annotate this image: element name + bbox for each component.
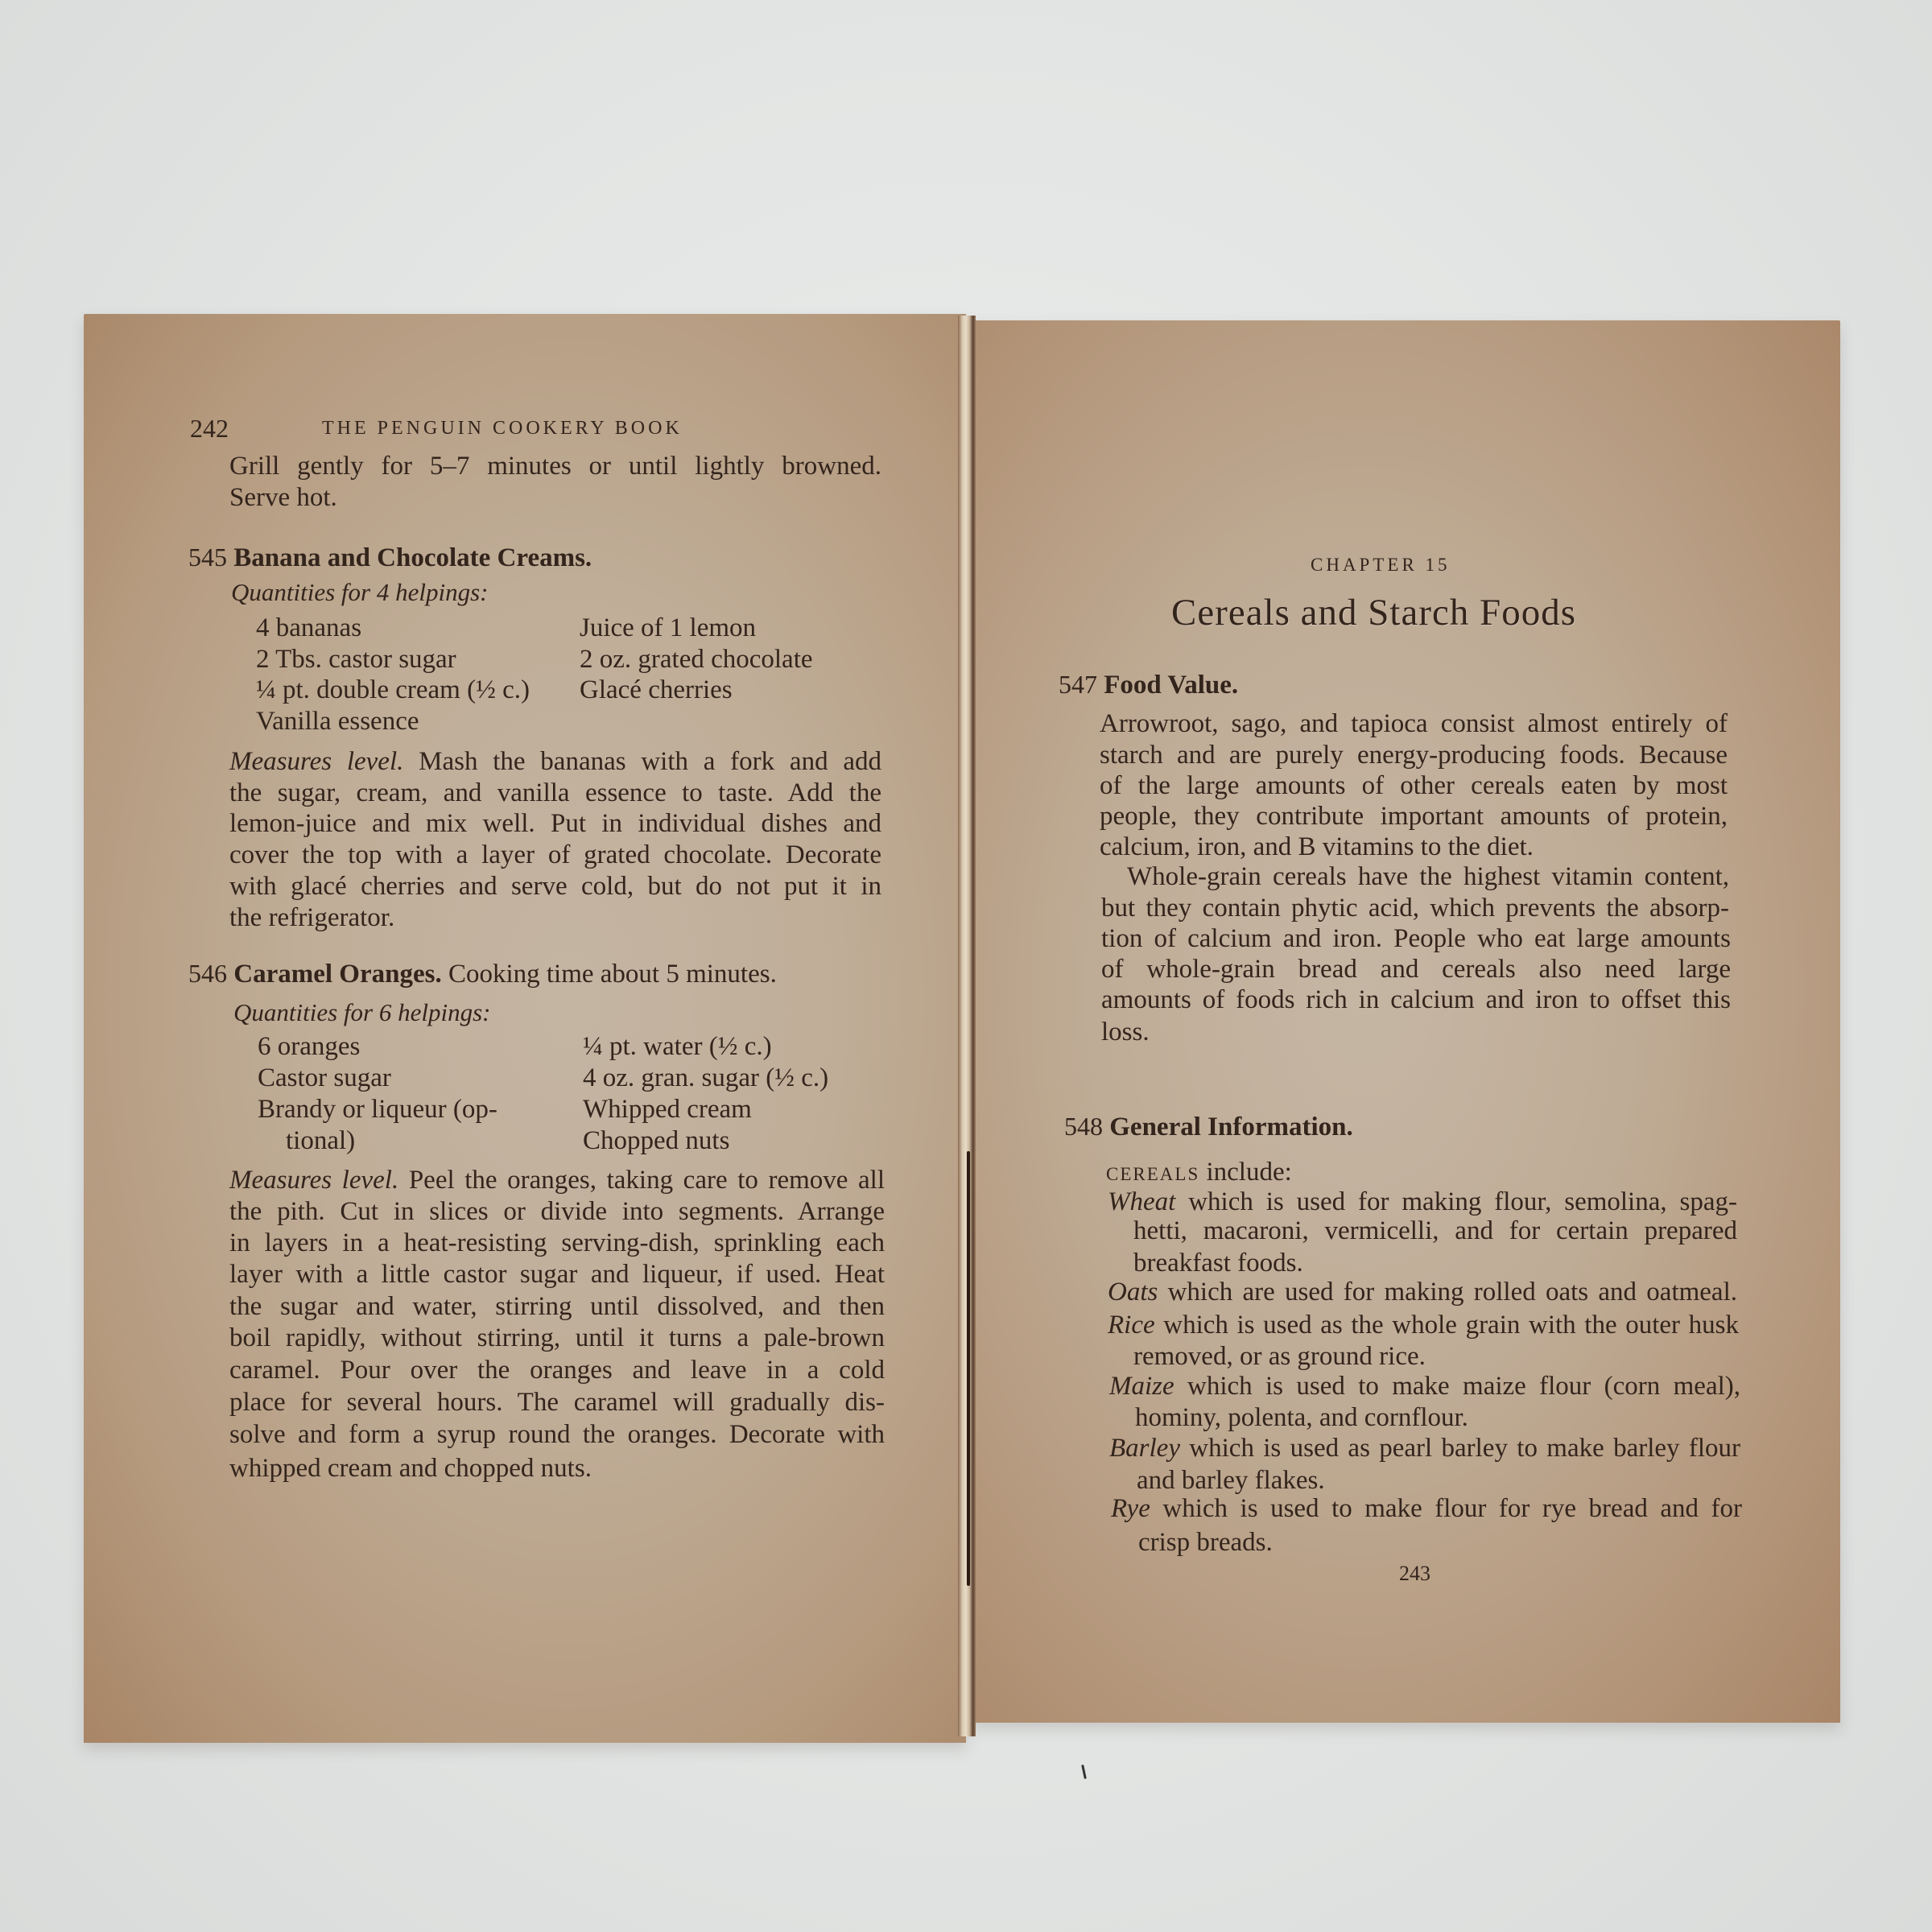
para-line: calcium, iron, and B vitamins to the die… — [1100, 834, 1534, 861]
ingredient: 2 oz. grated chocolate — [580, 646, 813, 673]
cereal-name: Rye — [1111, 1494, 1150, 1523]
cereals-suffix: include: — [1199, 1158, 1292, 1187]
ingredient: 4 bananas — [256, 615, 361, 642]
para-line: Arrowroot, sago, and tapioca consist alm… — [1100, 711, 1728, 737]
cereal-name: Maize — [1109, 1372, 1174, 1401]
method-text: Peel the oranges, taking care to remove … — [398, 1166, 885, 1195]
cereals-label: cereals — [1106, 1158, 1199, 1187]
intro-line: Grill gently for 5–7 minutes or until li… — [229, 453, 881, 480]
intro-line: Serve hot. — [229, 485, 337, 511]
ingredient: 6 oranges — [258, 1034, 360, 1060]
page-number-left: 242 — [190, 415, 229, 441]
method-line: in layers in a heat-resisting serving-di… — [229, 1230, 885, 1257]
method-line: the refrigerator. — [229, 905, 394, 931]
chapter-label: CHAPTER 15 — [1311, 555, 1451, 574]
cereal-item-wheat: Wheat which is used for making flour, se… — [1108, 1189, 1737, 1216]
left-page — [84, 314, 966, 1743]
method-line: whipped cream and chopped nuts. — [229, 1455, 592, 1482]
method-line: place for several hours. The caramel wil… — [229, 1389, 885, 1416]
cereal-line: and barley flakes. — [1137, 1468, 1325, 1494]
method-line: Measures level. Mash the bananas with a … — [229, 749, 881, 775]
para-line: of the large amounts of other cereals ea… — [1100, 773, 1728, 799]
recipe-number: 545 — [188, 543, 227, 572]
cereal-item-oats: Oats which are used for making rolled oa… — [1108, 1279, 1737, 1306]
method-line: cover the top with a layer of grated cho… — [229, 842, 881, 869]
cereal-line: removed, or as ground rice. — [1133, 1344, 1426, 1370]
section-title: General Information. — [1109, 1113, 1352, 1141]
method-line: Measures level. Peel the oranges, taking… — [229, 1167, 885, 1194]
page-number-right: 243 — [1399, 1563, 1430, 1584]
recipe-546-heading: 546 Caramel Oranges. Cooking time about … — [188, 960, 777, 988]
section-title: Food Value. — [1104, 671, 1238, 700]
ingredient: Whipped cream — [583, 1096, 752, 1123]
method-line: lemon-juice and mix well. Put in individ… — [229, 811, 881, 837]
cereal-line: hetti, macaroni, vermicelli, and for cer… — [1133, 1218, 1737, 1245]
ingredient: Juice of 1 lemon — [580, 615, 756, 642]
cereal-name: Barley — [1109, 1434, 1180, 1463]
method-lead: Measures level. — [229, 1166, 398, 1195]
recipe-545-heading: 545 Banana and Chocolate Creams. — [188, 544, 592, 572]
para-line: people, they contribute important amount… — [1100, 803, 1728, 830]
quantities-label: Quantities for 4 helpings: — [231, 580, 488, 605]
recipe-subtitle: Cooking time about 5 minutes. — [442, 960, 777, 989]
cereal-name: Wheat — [1108, 1187, 1175, 1216]
method-line: layer with a little castor sugar and liq… — [229, 1261, 885, 1288]
ingredient: Vanilla essence — [256, 708, 419, 735]
running-head: THE PENGUIN COOKERY BOOK — [322, 419, 683, 438]
cereal-line: breakfast foods. — [1133, 1250, 1303, 1277]
method-line: caramel. Pour over the oranges and leave… — [229, 1357, 885, 1384]
method-line: with glacé cherries and serve cold, but … — [229, 873, 881, 900]
section-number: 547 — [1059, 670, 1097, 699]
cereal-name: Rice — [1108, 1311, 1155, 1340]
cereals-intro: cereals include: — [1106, 1159, 1292, 1186]
para-line: Whole-grain cereals have the highest vit… — [1127, 864, 1729, 890]
cereal-text: which is used as the whole grain with th… — [1155, 1311, 1739, 1340]
chapter-title: Cereals and Starch Foods — [1171, 594, 1576, 632]
method-line: the pith. Cut in slices or divide into s… — [229, 1199, 885, 1225]
quantities-label: Quantities for 6 helpings: — [233, 1000, 490, 1025]
cereal-line: crisp breads. — [1138, 1529, 1273, 1556]
section-547-heading: 547 Food Value. — [1059, 671, 1238, 699]
method-line: boil rapidly, without stirring, until it… — [229, 1325, 885, 1352]
method-lead: Measures level. — [229, 747, 403, 776]
para-line: but they contain phytic acid, which prev… — [1101, 895, 1729, 922]
ingredient: 4 oz. gran. sugar (½ c.) — [583, 1065, 828, 1092]
para-line: of whole-grain bread and cereals also ne… — [1101, 956, 1731, 983]
cereal-item-rice: Rice which is used as the whole grain wi… — [1108, 1312, 1739, 1339]
method-text: Mash the bananas with a fork and add — [403, 747, 881, 776]
method-line: solve and form a syrup round the oranges… — [229, 1422, 885, 1448]
para-line: amounts of foods rich in calcium and iro… — [1101, 987, 1731, 1013]
ingredient: ¼ pt. water (½ c.) — [583, 1034, 772, 1060]
cereal-text: which is used to make flour for rye brea… — [1150, 1494, 1742, 1523]
para-line: tion of calcium and iron. People who eat… — [1101, 926, 1731, 952]
ingredient: Chopped nuts — [583, 1128, 729, 1154]
cereal-text: which are used for making rolled oats an… — [1158, 1278, 1737, 1307]
cereal-text: which is used to make maize flour (corn … — [1174, 1372, 1740, 1401]
method-line: the sugar, cream, and vanilla essence to… — [229, 780, 881, 807]
section-548-heading: 548 General Information. — [1064, 1113, 1353, 1141]
cereal-item-maize: Maize which is used to make maize flour … — [1109, 1373, 1740, 1400]
cereal-text: which is used as pearl barley to make ba… — [1180, 1434, 1740, 1463]
ingredient: tional) — [286, 1128, 355, 1154]
ingredient: 2 Tbs. castor sugar — [256, 646, 456, 673]
recipe-title: Banana and Chocolate Creams. — [233, 543, 592, 572]
stray-mark — [1081, 1765, 1087, 1779]
cereal-text: which is used for making flour, semolina… — [1175, 1187, 1737, 1216]
recipe-title: Caramel Oranges. — [233, 960, 441, 989]
ingredient: Brandy or liqueur (op- — [258, 1096, 497, 1123]
recipe-number: 546 — [188, 959, 227, 988]
para-line: loss. — [1101, 1019, 1150, 1046]
section-number: 548 — [1064, 1112, 1103, 1141]
ingredient: Castor sugar — [258, 1065, 391, 1092]
cereal-item-barley: Barley which is used as pearl barley to … — [1109, 1435, 1740, 1462]
ingredient: ¼ pt. double cream (½ c.) — [256, 677, 530, 704]
para-line: starch and are purely energy-producing f… — [1100, 742, 1728, 769]
method-line: the sugar and water, stirring until diss… — [229, 1294, 885, 1320]
gutter-shadow — [967, 1151, 970, 1586]
cereal-line: hominy, polenta, and cornflour. — [1135, 1405, 1468, 1431]
cereal-item-rye: Rye which is used to make flour for rye … — [1111, 1496, 1742, 1522]
cereal-name: Oats — [1108, 1278, 1158, 1307]
ingredient: Glacé cherries — [580, 677, 733, 704]
